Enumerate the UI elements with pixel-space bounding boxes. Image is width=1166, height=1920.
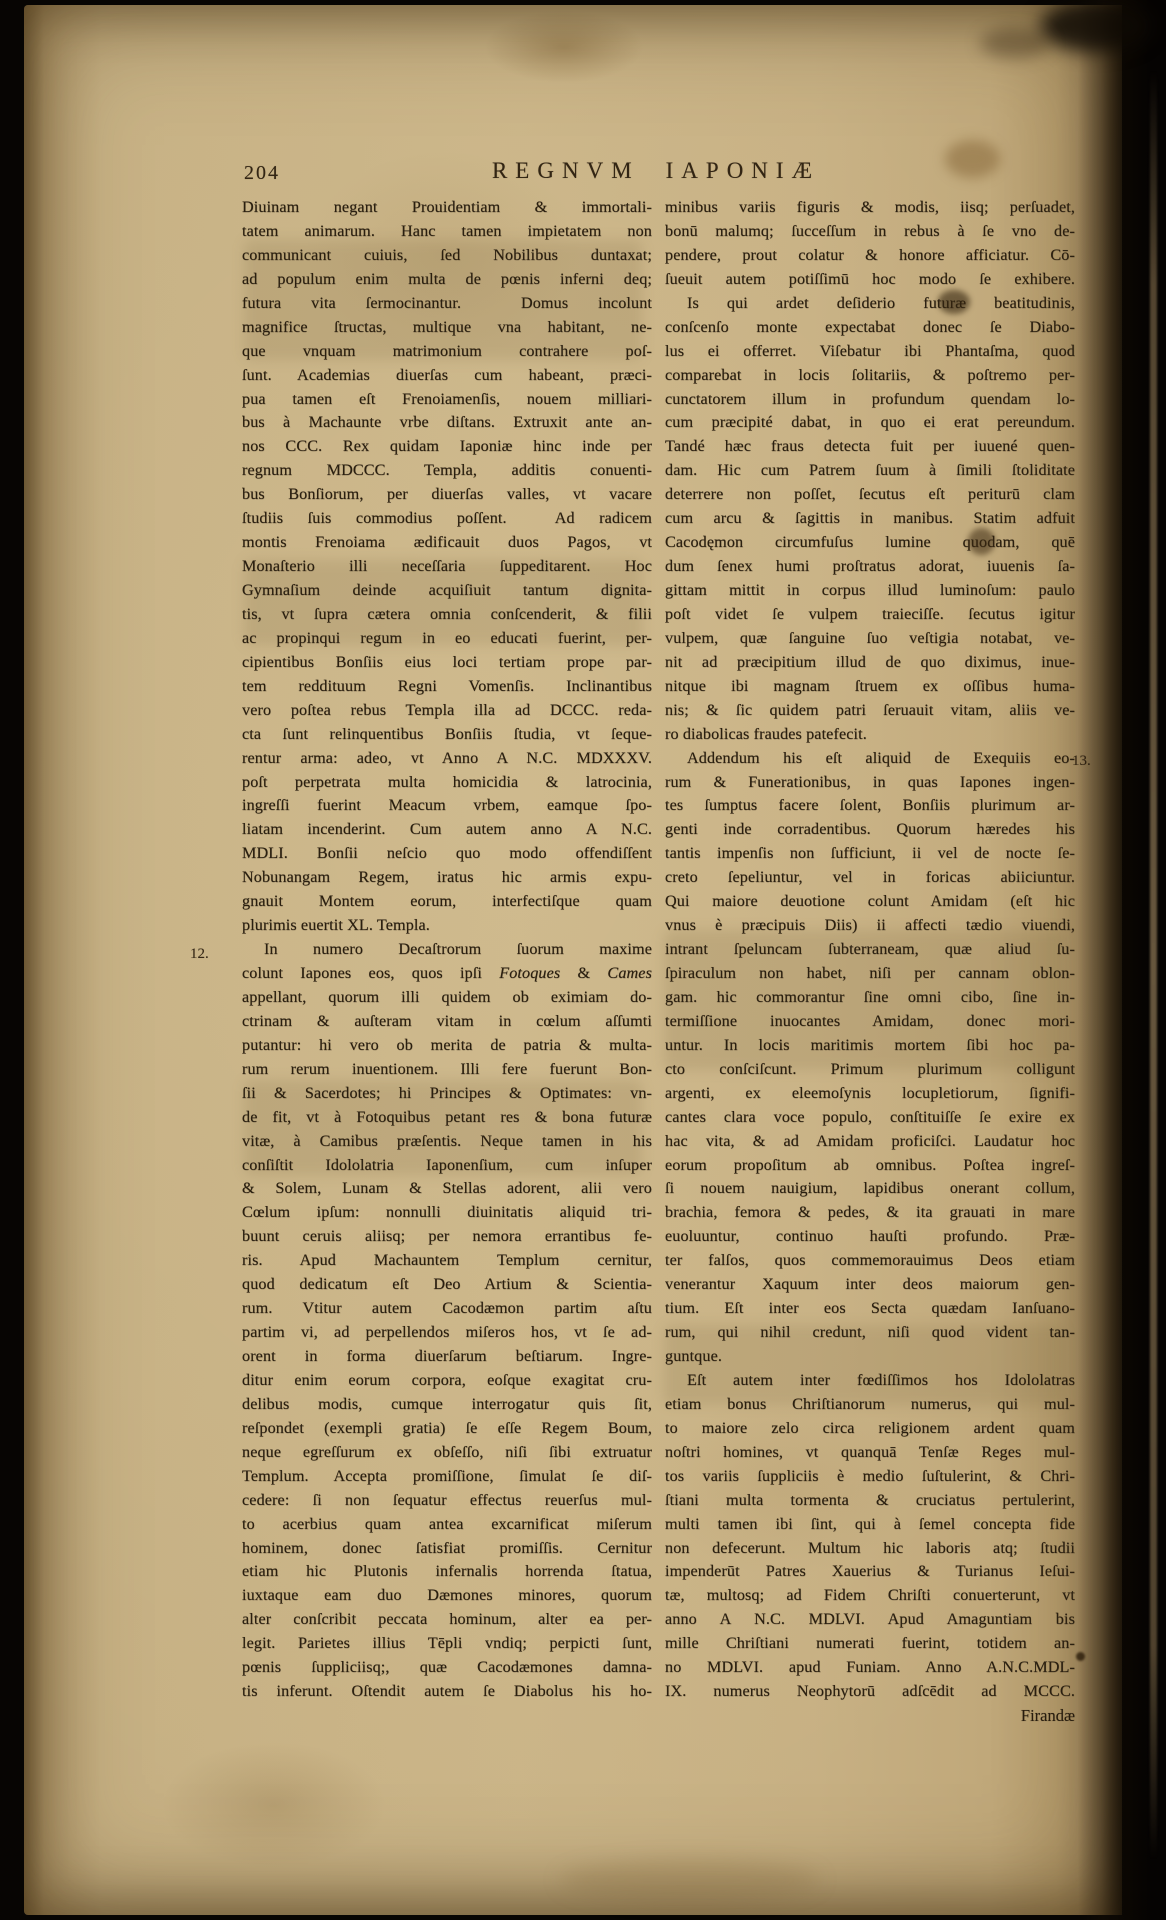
text-line: neque egreſſurum ex obſeſſo, niſi ſibi e… <box>242 1441 652 1465</box>
text-line: tes ſumptus facere ſolent, Bonſiis pluri… <box>665 794 1075 818</box>
text-line: gnauit Montem eorum, interfectiſque quam <box>242 890 652 914</box>
corner-shadow <box>980 28 1050 58</box>
text-line: hominem, donec ſatisfiat promiſſis. Cern… <box>242 1537 652 1561</box>
stain <box>945 140 1000 178</box>
text-line: poſt videt ſe vulpem traieciſſe. ſecutus… <box>665 603 1075 627</box>
text-line: delibus modis, cumque interrogatur quis … <box>242 1393 652 1417</box>
text-line: gittam mittit in corpus illud luminoſum:… <box>665 579 1075 603</box>
text-line: hac vita, & ad Amidam proficiſci. Laudat… <box>665 1130 1075 1154</box>
text-line: cedere: ſi non ſequatur effectus reuerſu… <box>242 1489 652 1513</box>
text-line: ſii & Sacerdotes; hi Principes & Optimat… <box>242 1082 652 1106</box>
text-line: pua tamen eſt Frenoiamenſis, nouem milli… <box>242 388 652 412</box>
text-line: Tandé hæc fraus detecta fuit per iuuené … <box>665 435 1075 459</box>
text-line: montis Frenoiama ædificauit duos Pagos, … <box>242 531 652 555</box>
text-line: & Solem, Lunam & Stellas adorent, alii v… <box>242 1177 652 1201</box>
text-line: magnifice ſtructas, multique vna habitan… <box>242 316 652 340</box>
text-line: buunt ceruis aliisq; per nemora errantib… <box>242 1225 652 1249</box>
text-line: noſtri homines, vt quanquā Tenſæ Reges m… <box>665 1441 1075 1465</box>
text-line: vulpem, quæ ſanguine ſuo veſtigia notaba… <box>665 627 1075 651</box>
text-line: brachia, femora & pedes, & ita grauati i… <box>665 1201 1075 1225</box>
text-line: tos variis ſuppliciis è medio ſuſtulerin… <box>665 1465 1075 1489</box>
ink-blot <box>938 290 970 314</box>
catchword: Firandæ <box>665 1706 1077 1726</box>
header-word-iaponiae: IAPONIÆ <box>666 158 820 183</box>
text-line: anno A N.C. MDLVI. Apud Amaguntiam bis <box>665 1608 1075 1632</box>
text-line: minibus variis figuris & modis, iisq; pe… <box>665 196 1075 220</box>
ink-dot <box>1076 1652 1085 1661</box>
text-line: cunctatorem illum in profundum quendam l… <box>665 388 1075 412</box>
text-line: tatem animarum. Hanc tamen impietatem no… <box>242 220 652 244</box>
text-line: etiam hic Plutonis infernalis horrenda ſ… <box>242 1560 652 1584</box>
text-line: nitque ibi magnam ſtruem ex oſſibus huma… <box>665 675 1075 699</box>
text-line: rentur arma: adeo, vt Anno A N.C. MDXXXV… <box>242 747 652 771</box>
text-line: futura vita ſermocinantur. Domus incolun… <box>242 292 652 316</box>
ink-blot <box>968 528 995 555</box>
page-fore-edge <box>1150 70 1157 1860</box>
text-line: ſi nouem nauigium, lapidibus onerant col… <box>665 1177 1075 1201</box>
text-line: rum & Funerationibus, in quas Iapones in… <box>665 771 1075 795</box>
text-line: nis; & ſic quidem patri ſeruauit vitam, … <box>665 699 1075 723</box>
text-line: ctrinam & auſteram vitam in cœlum aſſumt… <box>242 1010 652 1034</box>
text-line: cum præcipité dabat, in quo ei erat pere… <box>665 411 1075 435</box>
text-line: putantur: hi vero ob merita de patria & … <box>242 1034 652 1058</box>
text-line: ris. Apud Machauntem Templum cernitur, <box>242 1249 652 1273</box>
text-line: mille Chriſtiani numerati fuerint, totid… <box>665 1632 1075 1656</box>
text-line: pendere, prout colatur & honore afficiat… <box>665 244 1075 268</box>
text-line: ro diabolicas fraudes patefecit. <box>665 723 1075 747</box>
book-scan: 204 REGNVMIAPONIÆ Diuinam negant Prouide… <box>0 0 1166 1920</box>
text-line: ſueuit autem potiſſimū hoc modo ſe exhib… <box>665 268 1075 292</box>
text-line: legit. Parietes illius Tēpli vndiq; perp… <box>242 1632 652 1656</box>
marginal-number-12: 12. <box>190 946 209 963</box>
text-line: ditur enim eorum corpora, eoſque exagita… <box>242 1369 652 1393</box>
text-line: tæ, multosq; ad Fidem Chriſti conuerteru… <box>665 1584 1075 1608</box>
text-line: venerantur Xaquum inter deos maiorum gen… <box>665 1273 1075 1297</box>
text-line: orent in forma diuerſarum beſtiarum. Ing… <box>242 1345 652 1369</box>
text-line: cto conſciſcunt. Primum plurimum colligu… <box>665 1058 1075 1082</box>
text-line: untur. In locis maritimis mortem ſibi ho… <box>665 1034 1075 1058</box>
text-line: termiſſione inuocantes Amidam, donec mor… <box>665 1010 1075 1034</box>
text-column-right: minibus variis figuris & modis, iisq; pe… <box>665 196 1075 1704</box>
text-line: deterrere non poſſet, ſecutus eſt peritu… <box>665 483 1075 507</box>
text-line: vnus è præcipuis Diis) ii affecti tædio … <box>665 914 1075 938</box>
text-line: Nobunangam Regem, iratus hic armis expu- <box>242 866 652 890</box>
text-line: nos CCC. Rex quidam Iaponiæ hinc inde pe… <box>242 435 652 459</box>
text-line: euoluuntur, continuo hauſti profundo. Pr… <box>665 1225 1075 1249</box>
text-line: que vnquam matrimonium contrahere poſ- <box>242 340 652 364</box>
text-line: pœnis ſuppliciisq;, quæ Cacodæmones damn… <box>242 1656 652 1680</box>
text-line: poſt perpetrata multa homicidia & latroc… <box>242 771 652 795</box>
text-line: cta ſunt relinquentibus Bonſiis ſtudia, … <box>242 723 652 747</box>
text-line: rum. Vtitur autem Cacodæmon partim aſtu <box>242 1297 652 1321</box>
text-line: colunt Iapones eos, quos ipſi Fotoques &… <box>242 962 652 986</box>
text-line: Cacodęmon circumfuſus lumine quodam, quē <box>665 531 1075 555</box>
text-line: creto ſepeliuntur, vel in foricas abiici… <box>665 866 1075 890</box>
text-line: Diuinam negant Prouidentiam & immortali- <box>242 196 652 220</box>
text-line: quod dedicatum eſt Deo Artium & Scientia… <box>242 1273 652 1297</box>
text-line: multi tamen ibi ſint, qui à ſemel concep… <box>665 1513 1075 1537</box>
text-line: ſpiraculum non habet, niſi per cannam ob… <box>665 962 1075 986</box>
text-line: guntque. <box>665 1345 1075 1369</box>
text-line: ingreſſi fuerint Meacum vrbem, eamque ſp… <box>242 794 652 818</box>
text-line: genti inde corradentibus. Quorum hæredes… <box>665 818 1075 842</box>
text-line: tis, vt ſupra cætera omnia conſcenderit,… <box>242 603 652 627</box>
text-line: comparebat in locis ſolitariis, & poſtre… <box>665 364 1075 388</box>
text-line: cipientibus Bonſiis eius loci tertiam pr… <box>242 651 652 675</box>
header-word-regnvm: REGNVM <box>492 158 640 183</box>
text-line: IX. numerus Neophytorū adſcēdit ad MCCC. <box>665 1680 1075 1704</box>
text-line: MDLI. Bonſii neſcio quo modo offendiſſen… <box>242 842 652 866</box>
text-line: conſiſtit Idololatria Iaponenſium, cum i… <box>242 1154 652 1178</box>
text-line: liatam incenderint. Cum autem anno A N.C… <box>242 818 652 842</box>
text-line: bus Bonſiorum, per diuerſas valles, vt v… <box>242 483 652 507</box>
text-line: appellant, quorum illi quidem ob eximiam… <box>242 986 652 1010</box>
text-line: Eſt autem inter fœdiſſimos hos Idololatr… <box>665 1369 1075 1393</box>
text-line: rum, qui nihil credunt, niſi quod vident… <box>665 1321 1075 1345</box>
text-line: eorum propoſitum ab omnibus. Poſtea ingr… <box>665 1154 1075 1178</box>
text-line: Is qui ardet deſiderio futuræ beatitudin… <box>665 292 1075 316</box>
text-line: Monaſterio illi neceſſaria ſuppeditarent… <box>242 555 652 579</box>
text-line: ac propinqui regum in eo educati fuerint… <box>242 627 652 651</box>
text-line: to maiore zelo circa religionem ardent q… <box>665 1417 1075 1441</box>
text-line: ſtudiis ſuis commodius poſſent. Ad radic… <box>242 507 652 531</box>
text-line: etiam bonus Chriſtianorum numerus, qui m… <box>665 1393 1075 1417</box>
text-line: vero poſtea rebus Templa illa ad DCCC. r… <box>242 699 652 723</box>
text-line: regnum MDCCC. Templa, additis conuenti- <box>242 459 652 483</box>
text-column-left: Diuinam negant Prouidentiam & immortali-… <box>242 196 652 1704</box>
text-line: Addendum his eſt aliquid de Exequiis eo- <box>665 747 1075 771</box>
text-line: vitæ, à Camibus præſentis. Neque tamen i… <box>242 1130 652 1154</box>
text-line: dum ſenex humi proſtratus adorat, iuueni… <box>665 555 1075 579</box>
text-line: tem reddituum Regni Vomenſis. Inclinanti… <box>242 675 652 699</box>
text-line: cantes clara voce populo, conſtituiſſe ſ… <box>665 1106 1075 1130</box>
text-line: communicant cuiuis, ſed Nobilibus duntax… <box>242 244 652 268</box>
text-line: tium. Eſt inter eos Secta quædam Ianſuan… <box>665 1297 1075 1321</box>
text-line: to acerbius quam antea excarnificat miſe… <box>242 1513 652 1537</box>
text-line: tis inferunt. Oſtendit autem ſe Diabolus… <box>242 1680 652 1704</box>
text-line: rum rerum inuentionem. Illi fere fuerunt… <box>242 1058 652 1082</box>
text-line: dam. Hic cum Patrem ſuum à ſimili ſtolid… <box>665 459 1075 483</box>
text-line: cum arcu & ſagittis in manibus. Statim a… <box>665 507 1075 531</box>
text-line: no MDLVI. apud Funiam. Anno A.N.C.MDL- <box>665 1656 1075 1680</box>
text-line: Gymnaſium deinde acquiſiuit tantum digni… <box>242 579 652 603</box>
text-line: tantis impenſis non ſufficiunt, ii vel d… <box>665 842 1075 866</box>
stain <box>560 1860 820 1900</box>
text-line: ſunt. Academias diuerſas cum habeant, pr… <box>242 364 652 388</box>
text-line: conſcenſo monte expectabat donec ſe Diab… <box>665 316 1075 340</box>
text-line: plurimis euertit XL. Templa. <box>242 914 652 938</box>
corner-shadow <box>1040 0 1150 52</box>
text-line: bus à Machaunte vrbe diſtans. Extruxit a… <box>242 411 652 435</box>
text-line: Qui maiore deuotione colunt Amidam (eſt … <box>665 890 1075 914</box>
text-line: non defecerunt. Multum hic laboris atq; … <box>665 1537 1075 1561</box>
text-line: nit ad præcipitium illud de quo diximus,… <box>665 651 1075 675</box>
text-line: ter falſos, quos commemorauimus Deos eti… <box>665 1249 1075 1273</box>
text-line: lus ei offerret. Viſebatur ibi Phantaſma… <box>665 340 1075 364</box>
text-line: de fit, vt à Fotoquibus petant res & bon… <box>242 1106 652 1130</box>
text-line: impenderūt Patres Xauerius & Turianus Ie… <box>665 1560 1075 1584</box>
text-line: Cœlum ipſum: nonnulli diuinitatis aliqui… <box>242 1201 652 1225</box>
text-line: alter conſcribit peccata hominum, alter … <box>242 1608 652 1632</box>
text-line: argenti, ex eleemoſynis locupletiorum, ſ… <box>665 1082 1075 1106</box>
text-line: bonū malumq; ſucceſſum in rebus à ſe vno… <box>665 220 1075 244</box>
text-line: partim vi, ad perpellendos miſeros hos, … <box>242 1321 652 1345</box>
text-line: gam. hic commorantur ſine omni cibo, ſin… <box>665 986 1075 1010</box>
text-line: Templum. Accepta promiſſione, ſimulat ſe… <box>242 1465 652 1489</box>
text-line: intrant ſpeluncam ſubterraneam, quæ aliu… <box>665 938 1075 962</box>
text-line: iuxtaque eam duo Dæmones minores, quorum <box>242 1584 652 1608</box>
text-line: reſpondet (exempli gratia) ſe eſſe Regem… <box>242 1417 652 1441</box>
text-line: In numero Decaſtrorum ſuorum maxime <box>242 938 652 962</box>
text-line: ad populum enim multa de pœnis inferni d… <box>242 268 652 292</box>
text-line: ſtiani multa tormenta & cruciatus pertul… <box>665 1489 1075 1513</box>
